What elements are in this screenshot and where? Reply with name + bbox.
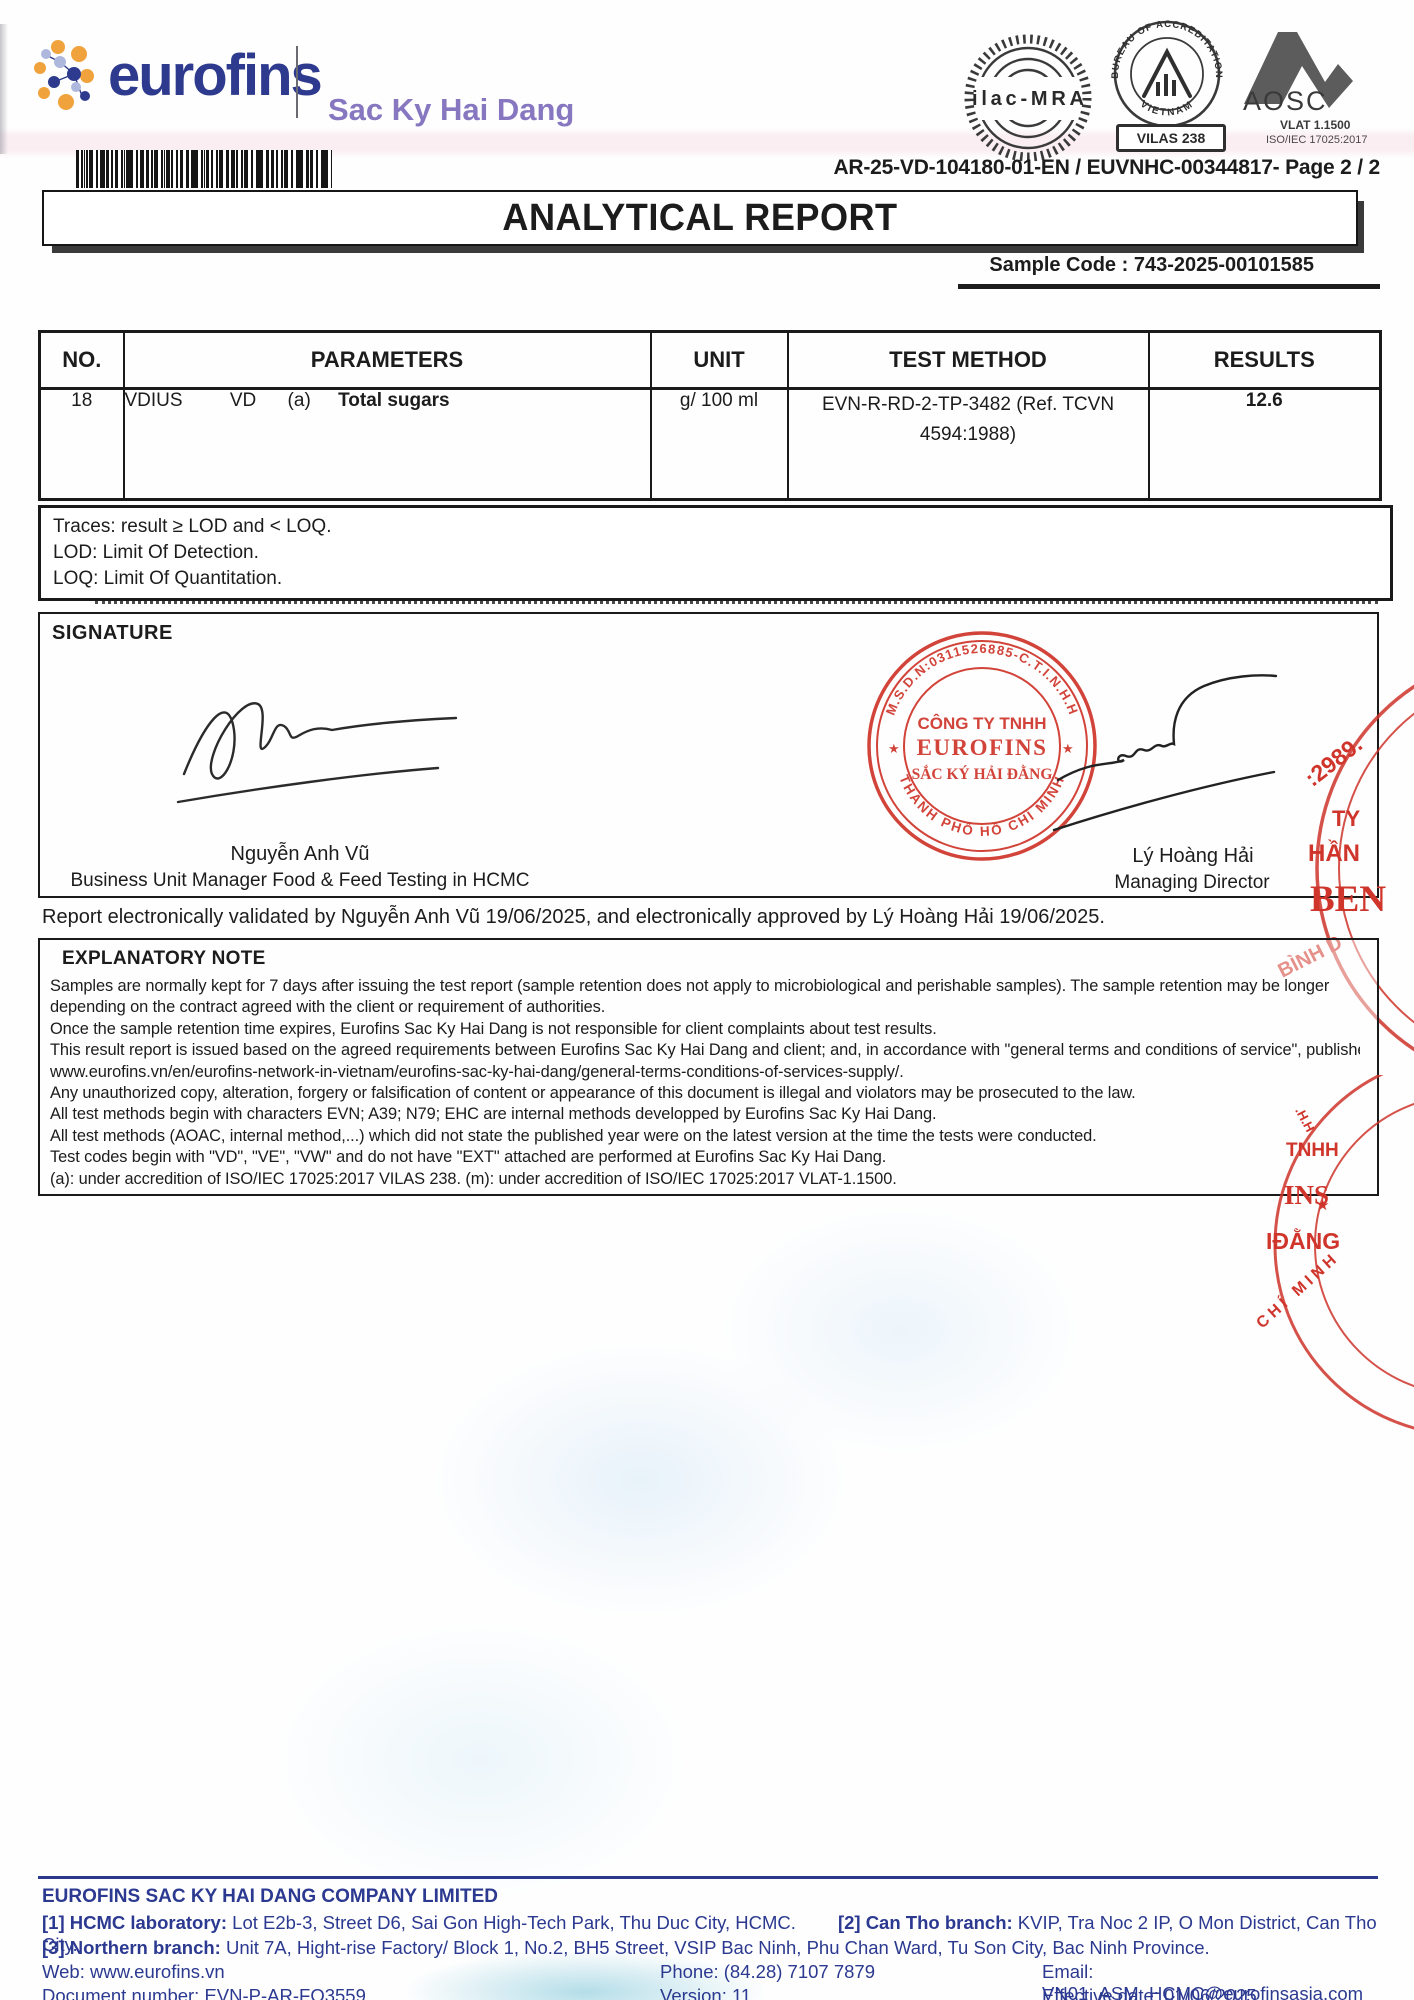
svg-text:ilac-MRA: ilac-MRA <box>972 88 1084 110</box>
left-signer-title: Business Unit Manager Food & Feed Testin… <box>60 870 540 892</box>
footer-lab3-text: Unit 7A, Hight-rise Factory/ Block 1, No… <box>221 1937 1210 1958</box>
eurofins-wordmark: eurofins <box>108 42 321 109</box>
brand-divider <box>296 46 298 118</box>
table-row: 18 VDIUS VD (a) Total sugars g/ 100 ml E… <box>40 389 1381 500</box>
dotted-separator <box>95 601 1378 604</box>
param-code2: VD <box>230 390 256 412</box>
param-code: VDIUS <box>125 390 183 412</box>
aosc-vlat: VLAT 1.1500 <box>1280 118 1350 132</box>
cell-unit: g/ 100 ml <box>651 389 788 500</box>
edge-stamp-2-star: ★ <box>1316 1196 1329 1214</box>
exp-line: www.eurofins.vn/en/eurofins-network-in-v… <box>50 1062 1360 1083</box>
exp-line: This result report is issued based on th… <box>50 1040 1360 1061</box>
bureau-of-accreditation-seal: BUREAU OF ACCREDITATION VIETNAM <box>1104 20 1230 128</box>
aosc-iso: ISO/IEC 17025:2017 <box>1266 134 1368 146</box>
stamp-star-left: ★ <box>888 741 900 756</box>
aosc-label: AOSC <box>1243 86 1328 117</box>
traces-line3: LOQ: Limit Of Quantitation. <box>53 566 1390 592</box>
method-line1: EVN-R-RD-2-TP-3482 (Ref. TCVN <box>789 390 1148 420</box>
exp-line: All test methods (AOAC, internal method,… <box>50 1126 1360 1147</box>
traces-note-box: Traces: result ≥ LOD and < LOQ. LOD: Lim… <box>38 505 1393 601</box>
right-signer-name: Lý Hoàng Hải <box>1088 845 1298 868</box>
footer-address-line2: [3] Northern branch: Unit 7A, Hight-rise… <box>42 1937 1210 1959</box>
footer-document-number: Document number: EVN-P-AR-FO3559 <box>42 1985 366 2000</box>
document-reference: AR-25-VD-104180-01-EN / EUVNHC-00344817-… <box>833 156 1380 180</box>
cell-result: 12.6 <box>1149 389 1381 500</box>
edge-stamp-2-arcs <box>1255 1075 1414 1475</box>
subbrand-name: Sac Ky Hai Dang <box>328 92 574 128</box>
footer-version: Version: 11 <box>660 1985 751 2000</box>
col-header-method: TEST METHOD <box>788 332 1149 389</box>
stamp-line3: SẮC KÝ HẢI ĐẰNG <box>912 765 1053 783</box>
traces-line2: LOD: Limit Of Detection. <box>53 540 1390 566</box>
stamp-line1: CÔNG TY TNHH <box>917 714 1046 733</box>
footer-web: Web: www.eurofins.vn <box>42 1961 225 1983</box>
footer-company-name: EUROFINS SAC KY HAI DANG COMPANY LIMITED <box>42 1886 498 1908</box>
footer-lab1-text: Lot E2b-3, Street D6, Sai Gon High-Tech … <box>227 1912 796 1933</box>
boa-mountain-icon <box>1144 52 1190 96</box>
cell-no: 18 <box>40 389 124 500</box>
stamp-line2: EUROFINS <box>917 735 1048 760</box>
col-header-parameters: PARAMETERS <box>124 332 651 389</box>
col-header-no: NO. <box>40 332 124 389</box>
col-header-unit: UNIT <box>651 332 788 389</box>
results-table: NO. PARAMETERS UNIT TEST METHOD RESULTS … <box>38 330 1382 501</box>
table-header-row: NO. PARAMETERS UNIT TEST METHOD RESULTS <box>40 332 1381 389</box>
ilac-mra-seal: ilac-MRA <box>962 32 1094 164</box>
exp-line: depending on the contract agreed with th… <box>50 997 1360 1018</box>
vilas-badge: VILAS 238 <box>1116 124 1226 152</box>
right-signer-title: Managing Director <box>1072 872 1312 894</box>
param-flag: (a) <box>288 390 311 412</box>
exp-line: Once the sample retention time expires, … <box>50 1019 1360 1040</box>
signature-label: SIGNATURE <box>52 622 173 645</box>
left-signature-scribble <box>170 672 470 812</box>
traces-line1: Traces: result ≥ LOD and < LOQ. <box>53 514 1390 540</box>
method-line2: 4594:1988) <box>789 420 1148 450</box>
footer-effective-date: Effective date: 01/06/2025 <box>1042 1985 1257 2000</box>
scan-artifact <box>0 24 8 154</box>
exp-line: Any unauthorized copy, alteration, forge… <box>50 1083 1360 1104</box>
report-title: ANALYTICAL REPORT <box>502 197 897 240</box>
footer-lab1-label: [1] HCMC laboratory: <box>42 1912 227 1933</box>
param-name: Total sugars <box>338 390 450 412</box>
sample-code-underline <box>958 284 1380 289</box>
explanatory-note-title: EXPLANATORY NOTE <box>62 948 266 970</box>
cell-method: EVN-R-RD-2-TP-3482 (Ref. TCVN 4594:1988) <box>788 389 1149 500</box>
exp-line: Samples are normally kept for 7 days aft… <box>50 976 1360 997</box>
exp-line: All test methods begin with characters E… <box>50 1104 1360 1125</box>
sample-code: Sample Code : 743-2025-00101585 <box>700 254 1314 277</box>
footer-lab3-label: [3] Northern branch: <box>42 1937 221 1958</box>
explanatory-note-lines: Samples are normally kept for 7 days aft… <box>50 976 1360 1190</box>
edge-stamp-2-frag1: TNHH <box>1286 1140 1339 1162</box>
svg-text:VIETNAM: VIETNAM <box>1138 99 1196 119</box>
exp-line: (a): under accredition of ISO/IEC 17025:… <box>50 1169 1360 1190</box>
right-signature-scribble <box>1052 668 1292 838</box>
edge-stamp-1-frag3: HẦN <box>1308 840 1360 868</box>
footer-lab2-label: [2] Can Tho branch: <box>838 1912 1013 1933</box>
barcode <box>76 150 332 188</box>
footer-phone: Phone: (84.28) 7107 7879 <box>660 1961 875 1983</box>
left-signer-name: Nguyễn Anh Vũ <box>60 843 540 866</box>
cell-parameters: VDIUS VD (a) Total sugars <box>124 389 651 500</box>
edge-stamp-1-frag4: BEN <box>1310 878 1386 921</box>
validation-statement: Report electronically validated by Nguyễ… <box>42 906 1105 929</box>
report-title-box: ANALYTICAL REPORT <box>42 190 1358 246</box>
eurofins-dots-logo <box>30 38 110 116</box>
edge-stamp-1-frag2: TY <box>1332 806 1360 832</box>
col-header-results: RESULTS <box>1149 332 1381 389</box>
footer-divider <box>38 1876 1378 1879</box>
exp-line: Test codes begin with "VD", "VE", "VW" a… <box>50 1147 1360 1168</box>
analytical-report-page: eurofins Sac Ky Hai Dang ilac-MRA BUREAU… <box>0 0 1414 2000</box>
